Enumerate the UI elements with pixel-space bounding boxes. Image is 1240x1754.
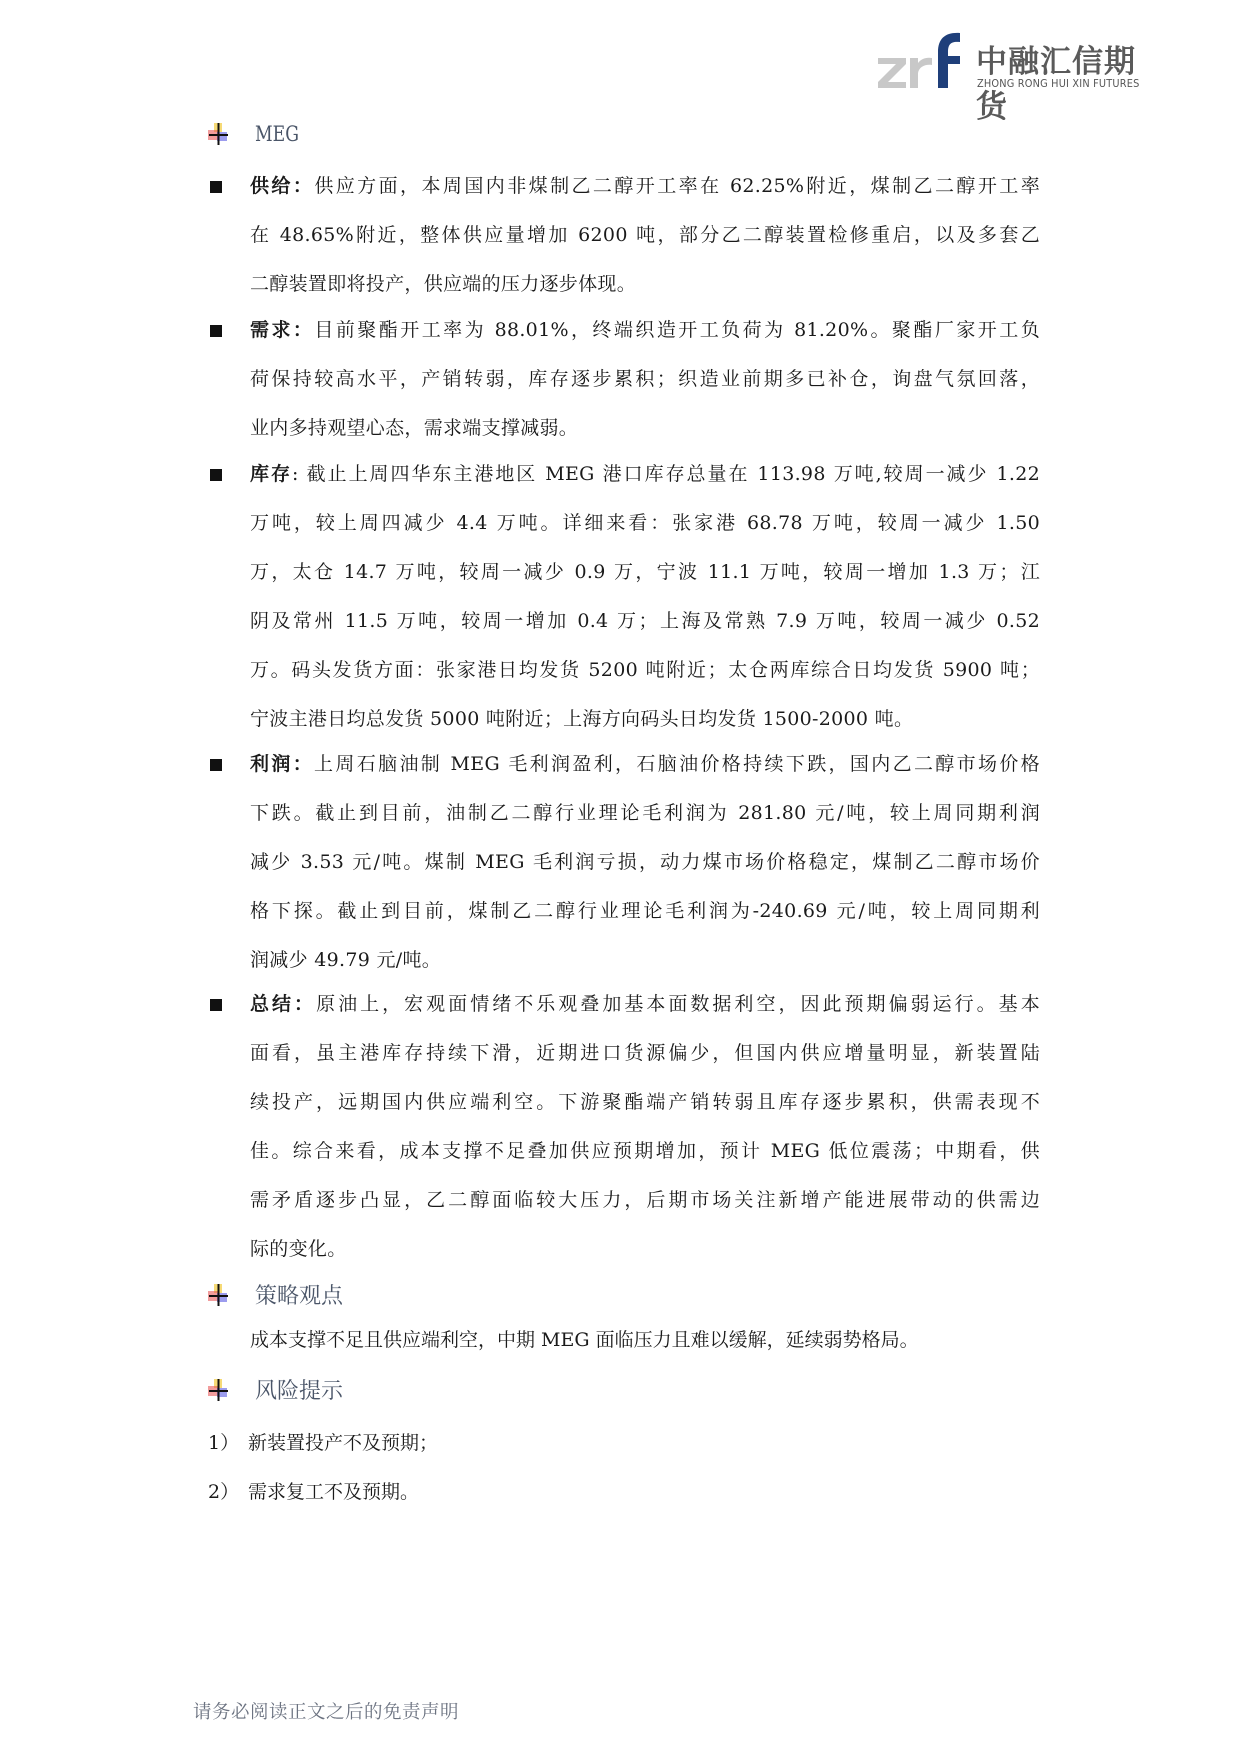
section-title: 风险提示 [255, 1374, 343, 1405]
paragraph-label: 供给： [250, 175, 314, 197]
logo-english-name: ZHONG RONG HUI XIN FUTURES [977, 78, 1139, 90]
square-bullet-icon [210, 181, 222, 193]
paragraph-label: 库存 [250, 463, 292, 485]
text-line: 格下探。截止到目前，煤制乙二醇行业理论毛利润为-240.69 元/吨，较上周同期… [250, 887, 1040, 936]
section-heading-risk: 风险提示 [205, 1374, 343, 1405]
text-line: 宁波主港日均总发货 5000 吨附近；上海方向码头日均发货 1500-2000 … [250, 695, 1040, 744]
text-line: 面看，虽主港库存持续下滑，近期进口货源偏少，但国内供应增量明显，新装置陆 [250, 1029, 1040, 1078]
text-line: 原油上，宏观面情绪不乐观叠加基本面数据利空，因此预期偏弱运行。基本 [316, 993, 1040, 1015]
text-line: 目前聚酯开工率为 88.01%，终端织造开工负荷为 81.20%。聚酯厂家开工负 [314, 319, 1040, 341]
text-line: 需矛盾逐步凸显，乙二醇面临较大压力，后期市场关注新增产能进展带动的供需边 [250, 1176, 1040, 1225]
text-line: 下跌。截止到目前，油制乙二醇行业理论毛利润为 281.80 元/吨，较上周同期利… [250, 789, 1040, 838]
disclaimer-footer: 请务必阅读正文之后的免责声明 [193, 1698, 459, 1724]
paragraph-label: 需求： [250, 319, 314, 341]
text-line: 荷保持较高水平，产销转弱，库存逐步累积；织造业前期多已补仓，询盘气氛回落， [250, 355, 1040, 404]
paragraph-label: 利润： [250, 753, 314, 775]
risk-list-item: 1）新装置投产不及预期； [208, 1428, 438, 1455]
text-line: 供应方面，本周国内非煤制乙二醇开工率在 62.25%附近，煤制乙二醇开工率 [314, 175, 1040, 197]
section-title: MEG [255, 122, 299, 146]
square-bullet-icon [210, 325, 222, 337]
section-title: 策略观点 [255, 1279, 343, 1310]
text-line: 业内多持观望心态，需求端支撑减弱。 [250, 404, 1040, 453]
plus-bullet-icon [205, 1376, 233, 1404]
text-line: 续投产，远期国内供应端利空。下游聚酯端产销转弱且库存逐步累积，供需表现不 [250, 1078, 1040, 1127]
text-line: 减少 3.53 元/吨。煤制 MEG 毛利润亏损，动力煤市场价格稳定，煤制乙二醇… [250, 838, 1040, 887]
list-number: 2） [208, 1477, 248, 1504]
text-line: 万吨，较上周四减少 4.4 万吨。详细来看：张家港 68.78 万吨，较周一减少… [250, 499, 1040, 548]
text-line: 润减少 49.79 元/吨。 [250, 936, 1040, 985]
plus-bullet-icon [205, 1281, 233, 1309]
text-line: 万。码头发货方面：张家港日均发货 5200 吨附近；太仓两库综合日均发货 590… [250, 646, 1040, 695]
list-text: 需求复工不及预期。 [248, 1481, 419, 1503]
square-bullet-icon [210, 469, 222, 481]
list-number: 1） [208, 1428, 248, 1455]
text-line: 佳。综合来看，成本支撑不足叠加供应预期增加，预计 MEG 低位震荡；中期看，供 [250, 1127, 1040, 1176]
text-line: : 截止上周四华东主港地区 MEG 港口库存总量在 113.98 万吨,较周一减… [292, 463, 1040, 485]
text-line: 万，太仓 14.7 万吨，较周一减少 0.9 万，宁波 11.1 万吨，较周一增… [250, 548, 1040, 597]
text-line: 二醇装置即将投产，供应端的压力逐步体现。 [250, 260, 1040, 309]
square-bullet-icon [210, 759, 222, 771]
zrf-logo-mark-icon [876, 30, 966, 92]
text-line: 在 48.65%附近，整体供应量增加 6200 吨，部分乙二醇装置检修重启，以及… [250, 211, 1040, 260]
plus-bullet-icon [205, 120, 233, 148]
text-line: 阴及常州 11.5 万吨，较周一增加 0.4 万；上海及常熟 7.9 万吨，较周… [250, 597, 1040, 646]
section-heading-strategy: 策略观点 [205, 1279, 343, 1310]
risk-list-item: 2）需求复工不及预期。 [208, 1477, 419, 1504]
company-logo: 中融汇信期货 ZHONG RONG HUI XIN FUTURES [876, 30, 1166, 92]
list-text: 新装置投产不及预期； [248, 1432, 438, 1454]
strategy-text: 成本支撑不足且供应端利空，中期 MEG 面临压力且难以缓解，延续弱势格局。 [250, 1320, 919, 1360]
text-line: 上周石脑油制 MEG 毛利润盈利，石脑油价格持续下跌，国内乙二醇市场价格 [314, 753, 1040, 775]
text-line: 际的变化。 [250, 1225, 1040, 1274]
section-heading-meg: MEG [205, 120, 309, 148]
paragraph-label: 总结： [250, 993, 316, 1015]
square-bullet-icon [210, 999, 222, 1011]
